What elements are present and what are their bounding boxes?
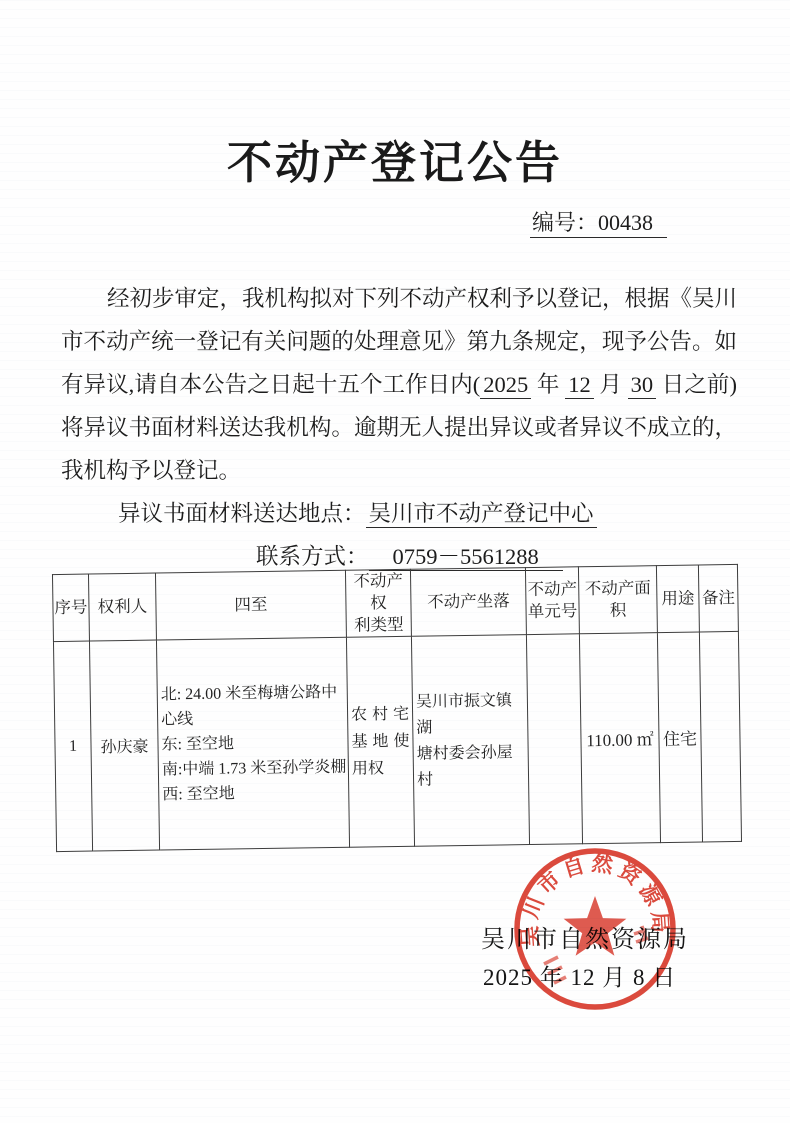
doc-number: 编号：00438 [530,206,667,237]
header-sizhi: 四至 [155,570,346,640]
header-index: 序号 [52,574,89,642]
header-area: 不动产面积 [578,566,657,634]
header-unit-no: 不动产 单元号 [525,567,579,635]
sizhi-west: 西: 至空地 [162,780,345,808]
body-line-2: 市不动产统一登记有关问题的处理意见》第九条规定，现予公告。如 [61,320,737,363]
body-line-3: 有异议,请自本公告之日起十五个工作日内(2025 年 12 月 30 日之前) [61,363,737,406]
sizhi-east: 东: 至空地 [161,730,344,758]
deadline-pre: 有异议,请自本公告之日起十五个工作日内( [61,372,480,397]
doc-number-value: 00438 [598,210,653,235]
seal-star-icon [564,896,627,956]
header-note: 备注 [698,564,738,632]
body-line-5: 我机构予以登记。 [61,449,737,492]
delivery-value: 吴川市不动产登记中心 [366,501,597,528]
deadline-day: 30 [628,372,657,399]
table-header-row: 序号 权利人 四至 不动产权 利类型 不动产坐落 不动产 单元号 不动产面积 用… [52,564,738,641]
cell-sizhi: 北: 24.00 米至梅塘公路中 心线 东: 至空地 南:中端 1.73 米至孙… [156,637,349,850]
announcement-body: 经初步审定，我机构拟对下列不动产权利予以登记，根据《吴川 市不动产统一登记有关问… [61,277,737,578]
body-line-1: 经初步审定，我机构拟对下列不动产权利予以登记，根据《吴川 [61,277,737,320]
sizhi-south: 南:中端 1.73 米至孙学炎棚 [162,755,345,783]
deadline-sep2: 月 [594,372,628,397]
delivery-line: 异议书面材料送达地点：吴川市不动产登记中心 [61,492,737,535]
table-row: 1 孙庆豪 北: 24.00 米至梅塘公路中 心线 东: 至空地 南:中端 1.… [53,631,741,851]
registration-table: 序号 权利人 四至 不动产权 利类型 不动产坐落 不动产 单元号 不动产面积 用… [52,564,742,852]
delivery-label: 异议书面材料送达地点： [118,501,366,526]
cell-note [699,631,741,842]
doc-number-label: 编号： [532,210,598,235]
cell-use: 住宅 [657,632,702,843]
sizhi-north: 北: 24.00 米至梅塘公路中 [161,680,344,708]
deadline-month: 12 [565,372,594,399]
deadline-sep1: 年 [531,372,565,397]
body-line-4: 将异议书面材料送达我机构。逾期无人提出异议或者异议不成立的， [61,406,737,449]
contact-label: 联系方式： [256,544,369,569]
page-title: 不动产登记公告 [0,126,790,191]
cell-location: 吴川市振文镇湖 塘村委会孙屋村 [411,635,529,847]
cell-index: 1 [53,641,92,852]
header-use: 用途 [656,565,699,633]
document-page: 不动产登记公告 编号：00438 经初步审定，我机构拟对下列不动产权利予以登记，… [0,0,790,1123]
cell-area: 110.00 ㎡ [579,633,660,844]
cell-right-type: 农村宅基地使用权 [346,636,414,847]
deadline-post: 日之前) [656,372,737,397]
header-location: 不动产坐落 [410,568,526,637]
deadline-year: 2025 [480,372,531,399]
sizhi-north-cont: 心线 [161,705,344,733]
header-owner: 权利人 [88,573,156,641]
cell-owner: 孙庆豪 [89,640,159,851]
official-seal-stamp: 吴川市自然资源局 [508,842,682,1016]
header-right-type: 不动产权 利类型 [345,569,411,637]
cell-unit-no [526,634,582,845]
